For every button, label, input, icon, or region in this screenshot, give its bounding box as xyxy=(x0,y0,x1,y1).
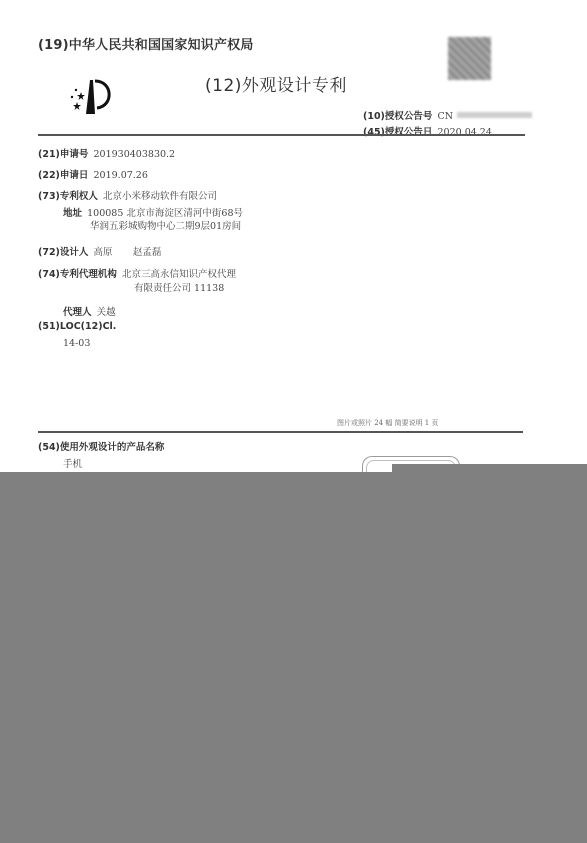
header-divider xyxy=(38,134,525,136)
issuing-office: (19)中华人民共和国国家知识产权局 xyxy=(38,34,254,53)
redaction-block xyxy=(0,472,587,843)
grant-pub-date-label: (45)授权公告日 xyxy=(363,127,432,138)
app-no-value: 201930403830.2 xyxy=(94,149,176,160)
application-number: (21)申请号 201930403830.2 xyxy=(38,142,175,161)
product-name-label: (54)使用外观设计的产品名称 xyxy=(38,439,164,453)
designers: (72)设计人 高原 赵孟磊 xyxy=(38,240,161,259)
designer-label: (72)设计人 xyxy=(38,247,88,258)
agency-line1: 北京三高永信知识产权代理 xyxy=(122,269,236,280)
patent-agency: (74)专利代理机构 北京三高永信知识产权代理 xyxy=(38,262,236,281)
grant-publication-date: (45)授权公告日 2020.04.24 xyxy=(363,120,492,139)
designer-2: 赵孟磊 xyxy=(133,247,162,258)
designer-1: 高原 xyxy=(94,247,113,258)
app-date-value: 2019.07.26 xyxy=(94,170,148,181)
loc-classification-value: 14-03 xyxy=(63,338,90,349)
agent-value: 关越 xyxy=(97,307,116,318)
document-type-title: (12)外观设计专利 xyxy=(205,71,347,96)
app-no-label: (21)申请号 xyxy=(38,149,88,160)
address-line2: 华润五彩城购物中心二期9层01房间 xyxy=(90,218,241,232)
address-label: 地址 xyxy=(63,208,82,219)
loc-classification-label: (51)LOC(12)Cl. xyxy=(38,321,116,332)
agent-label: 代理人 xyxy=(63,307,92,318)
redacted-number xyxy=(457,112,532,118)
agency-label: (74)专利代理机构 xyxy=(38,269,117,280)
product-divider xyxy=(38,431,523,433)
cnipa-logo-icon xyxy=(68,72,124,116)
pages-note: 图片或照片 24 幅 简要说明 1 页 xyxy=(337,418,439,428)
agent: 代理人 关越 xyxy=(63,300,116,319)
product-name: 手机 xyxy=(63,456,82,470)
app-date-label: (22)申请日 xyxy=(38,170,88,181)
agency-line2: 有限责任公司 11138 xyxy=(134,280,224,294)
application-date: (22)申请日 2019.07.26 xyxy=(38,163,148,182)
qr-code-icon xyxy=(448,37,491,80)
grant-pub-date: 2020.04.24 xyxy=(438,127,492,138)
